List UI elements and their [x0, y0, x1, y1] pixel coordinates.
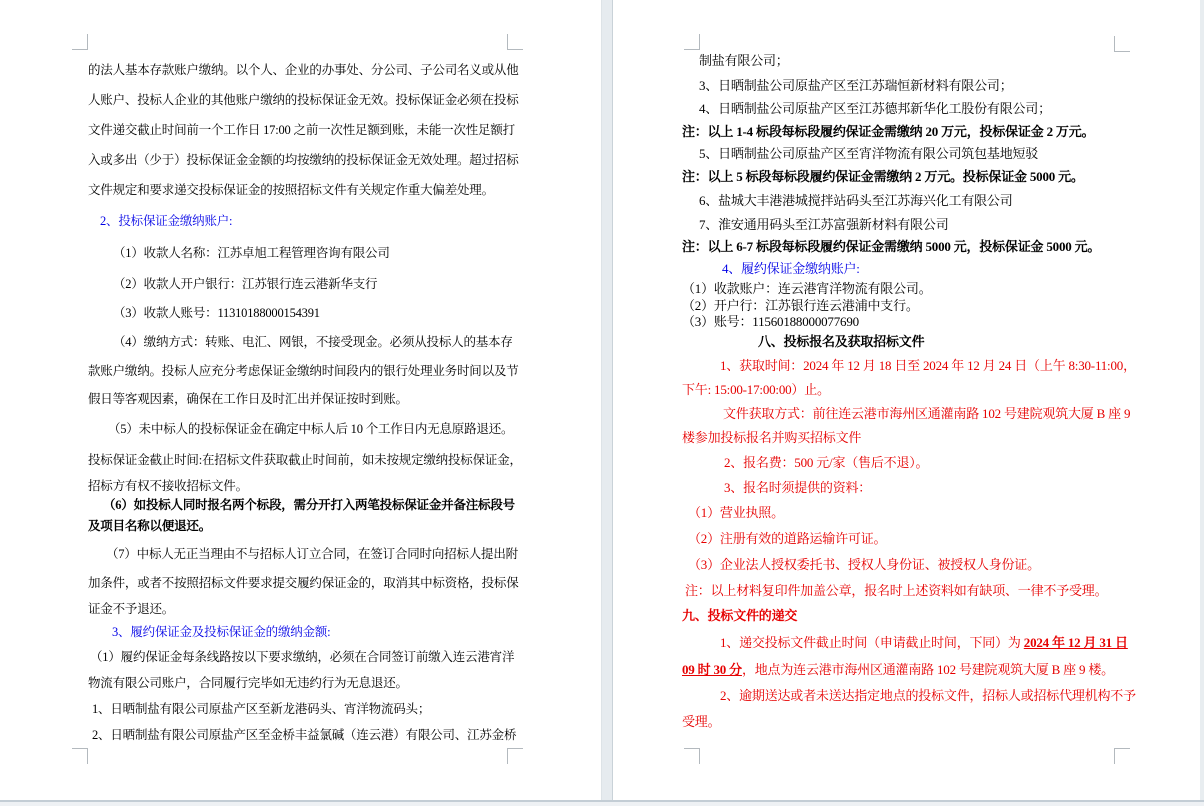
text-line: 注：以上 6-7 标段每标段履约保证金需缴纳 5000 元，投标保证金 5000… [682, 236, 1134, 258]
text-line: （2）收款人开户银行：江苏银行连云港新华支行 [88, 270, 521, 299]
text-segment: ，地点为连云港市海州区通灌南路 102 号建院观筑大厦 B 座 9 楼。 [742, 662, 1114, 677]
text-line: 招标方有权不接收招标文件。 [88, 476, 521, 496]
text-line: 八、投标报名及获取招标文件 [682, 331, 1134, 353]
text-line: 注：以上材料复印件加盖公章，报名时上述资料如有缺项、一律不予受理。 [682, 578, 1134, 603]
text-boundary-mark-top-right [507, 34, 523, 50]
text-line: 09 时 30 分，地点为连云港市海州区通灌南路 102 号建院观筑大厦 B 座… [682, 656, 1134, 683]
text-line: 楼参加投标报名并购买招标文件 [682, 426, 1134, 450]
text-line: 加条件，或者不按照招标文件要求提交履约保证金的，取消其中标资格，投标保 [88, 569, 521, 598]
text-line: 注：以上 5 标段每标段履约保证金需缴纳 2 万元。投标保证金 5000 元。 [682, 165, 1134, 189]
text-boundary-mark-bottom-right [1114, 748, 1130, 764]
text-line: 的法人基本存款账户缴纳。以个人、企业的办事处、分公司、子公司名义或从他 [88, 55, 521, 85]
page-text: 制盐有限公司；3、日晒制盐公司原盐产区至江苏瑞恒新材料有限公司；4、日晒制盐公司… [682, 48, 1134, 734]
text-line: 文件获取方式：前往连云港市海州区通灌南路 102 号建院观筑大厦 B 座 9 [682, 402, 1134, 426]
text-boundary-mark-top-left [72, 34, 88, 50]
text-line: 2、报名费：500 元/家（售后不退）。 [682, 450, 1134, 475]
text-line: （3）企业法人授权委托书、授权人身份证、被授权人身份证。 [682, 552, 1134, 578]
text-line: （6）如投标人同时报名两个标段，需分开打入两笔投标保证金并备注标段号 [88, 496, 521, 514]
text-boundary-mark-bottom-left [684, 748, 700, 764]
text-line: 4、日晒制盐公司原盐产区至江苏德邦新华化工股份有限公司； [682, 98, 1134, 120]
text-line: 3、日晒制盐公司原盐产区至江苏瑞恒新材料有限公司； [682, 74, 1134, 98]
text-line: 入或多出（少于）投标保证金金额的均按缴纳的投标保证金无效处理。超过招标 [88, 145, 521, 175]
text-line: 文件规定和要求递交投标保证金的按照招标文件有关规定作重大偏差处理。 [88, 175, 521, 206]
page-gap-divider [601, 0, 613, 800]
text-boundary-mark-bottom-left [72, 748, 88, 764]
text-line: 假日等客观因素，确保在工作日及时汇出并保证按时到账。 [88, 385, 521, 414]
text-line: 受理。 [682, 709, 1134, 734]
underlined-deadline-text: 09 时 30 分 [682, 662, 742, 677]
text-line: 2、投标保证金缴纳账户: [88, 206, 521, 237]
text-line: 1、获取时间：2024 年 12 月 18 日至 2024 年 12 月 24 … [682, 353, 1134, 378]
page-text: 的法人基本存款账户缴纳。以个人、企业的办事处、分公司、子公司名义或从他人账户、投… [88, 55, 521, 748]
text-line: （2）开户行：江苏银行连云港浦中支行。 [682, 299, 1134, 313]
text-line: 投标保证金截止时间:在招标文件获取截止时间前，如未按规定缴纳投标保证金， [88, 445, 521, 476]
text-line: （3）收款人账号：11310188000154391 [88, 299, 521, 328]
text-line: 7、淮安通用码头至江苏富强新材料有限公司 [682, 213, 1134, 236]
text-line: 文件递交截止时间前一个工作日 17:00 之前一次性足额到账，未能一次性足额打 [88, 115, 521, 145]
text-line: 6、盐城大丰港港城搅拌站码头至江苏海兴化工有限公司 [682, 189, 1134, 213]
text-line: 人账户、投标人企业的其他账户缴纳的投标保证金无效。投标保证金必须在投标 [88, 85, 521, 115]
text-line: （4）缴纳方式：转账、电汇、网银，不接受现金。必须从投标人的基本存 [88, 328, 521, 357]
text-line: （1）收款人名称：江苏卓旭工程管理咨询有限公司 [88, 237, 521, 270]
document-page-left[interactable]: 的法人基本存款账户缴纳。以个人、企业的办事处、分公司、子公司名义或从他人账户、投… [0, 0, 601, 800]
text-line: （5）未中标人的投标保证金在确定中标人后 10 个工作日内无息原路退还。 [88, 414, 521, 445]
text-line: 3、履约保证金及投标保证金的缴纳金额: [88, 620, 521, 644]
text-line: 及项目名称以便退还。 [88, 514, 521, 539]
text-line: 注：以上 1-4 标段每标段履约保证金需缴纳 20 万元，投标保证金 2 万元。 [682, 120, 1134, 143]
text-line: 5、日晒制盐公司原盐产区至宵洋物流有限公司筑包基地短驳 [682, 143, 1134, 165]
text-line: （1）营业执照。 [682, 500, 1134, 526]
text-line: （1）收款账户：连云港宵洋物流有限公司。 [682, 279, 1134, 299]
text-line: （2）注册有效的道路运输许可证。 [682, 526, 1134, 552]
text-boundary-mark-bottom-right [507, 748, 523, 764]
text-line: 下午: 15:00-17:00:00）止。 [682, 378, 1134, 402]
page-right-edge [1200, 0, 1204, 800]
text-line: 2、逾期送达或者未送达指定地点的投标文件，招标人或招标代理机构不予 [682, 683, 1134, 709]
text-line: 九、投标文件的递交 [682, 603, 1134, 629]
text-line: 证金不予退还。 [88, 598, 521, 620]
text-line: 制盐有限公司； [682, 48, 1134, 74]
text-line: 2、日晒制盐有限公司原盐产区至金桥丰益氯碱（连云港）有限公司、江苏金桥 [88, 722, 521, 748]
underlined-deadline-text: 2024 年 12 月 31 日 [1024, 635, 1128, 650]
text-line: 1、日晒制盐有限公司原盐产区至新龙港码头、宵洋物流码头； [88, 696, 521, 722]
window-bottom-edge [0, 800, 1204, 806]
text-line: 4、履约保证金缴纳账户: [682, 258, 1134, 279]
text-segment: 1、递交投标文件截止时间（申请截止时间，下同）为 [720, 635, 1024, 650]
text-line: 款账户缴纳。投标人应充分考虑保证金缴纳时间段内的银行处理业务时间以及节 [88, 357, 521, 385]
text-line: （7）中标人无正当理由不与招标人订立合同，在签订合同时向招标人提出附 [88, 539, 521, 569]
text-line: （3）账号：11560188000077690 [682, 313, 1134, 331]
document-page-right[interactable]: 制盐有限公司；3、日晒制盐公司原盐产区至江苏瑞恒新材料有限公司；4、日晒制盐公司… [613, 0, 1200, 800]
text-line: （1）履约保证金每条线路按以下要求缴纳，必须在合同签订前缴入连云港宵洋 [88, 644, 521, 671]
text-line: 物流有限公司账户，合同履行完毕如无违约行为无息退还。 [88, 671, 521, 696]
text-line: 3、报名时须提供的资料： [682, 475, 1134, 500]
text-line: 1、递交投标文件截止时间（申请截止时间，下同）为 2024 年 12 月 31 … [682, 629, 1134, 656]
